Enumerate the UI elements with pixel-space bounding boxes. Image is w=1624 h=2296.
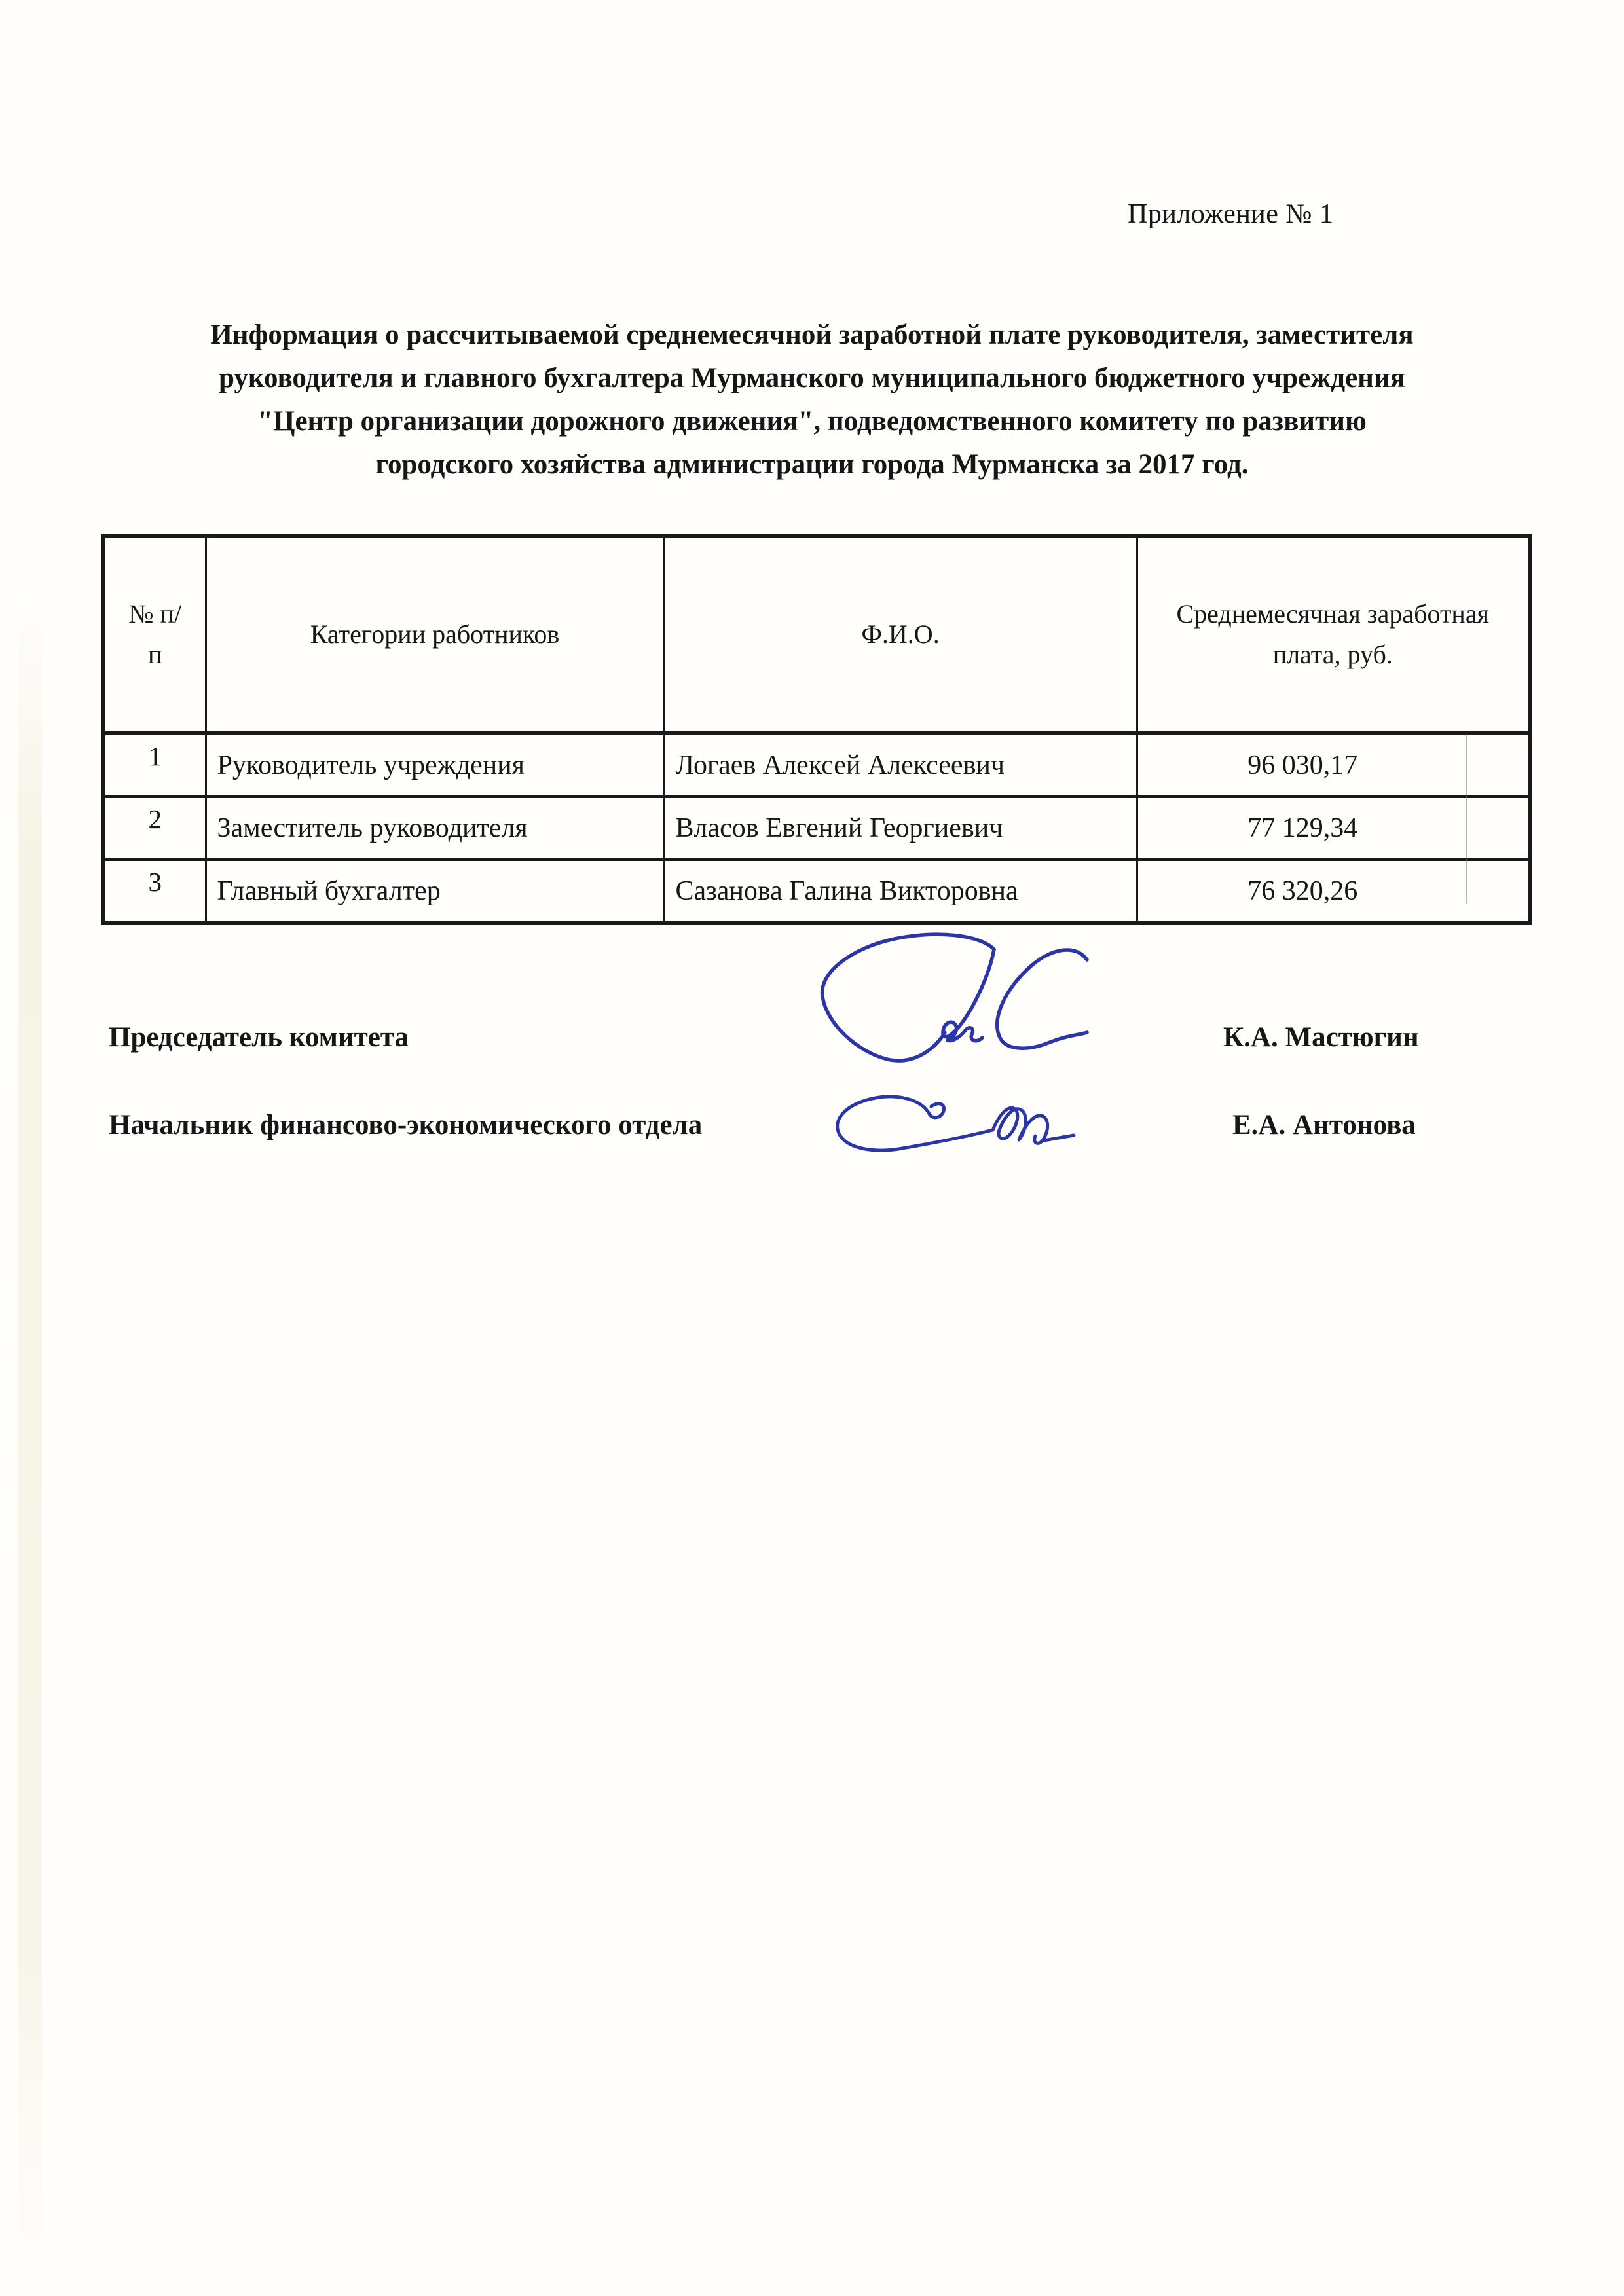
signature-antonova bbox=[819, 1067, 1133, 1198]
cell-fio: Логаев Алексей Алексеевич bbox=[664, 733, 1137, 797]
title-line-1: Информация о рассчитываемой среднемесячн… bbox=[0, 314, 1624, 357]
header-cell-num: № п/п bbox=[103, 536, 206, 733]
signatory-position-1: Председатель комитета bbox=[109, 1021, 409, 1053]
table-row: 2 Заместитель руководителя Власов Евгени… bbox=[103, 797, 1530, 860]
scanned-document-page: Приложение № 1 Информация о рассчитываем… bbox=[0, 0, 1624, 2296]
header-cell-category: Категории работников bbox=[206, 536, 664, 733]
cell-category: Главный бухгалтер bbox=[206, 860, 664, 923]
signatory-position-2: Начальник финансово-экономического отдел… bbox=[109, 1109, 702, 1141]
cell-fio: Власов Евгений Георгиевич bbox=[664, 797, 1137, 860]
title-line-3: "Центр организации дорожного движения", … bbox=[0, 400, 1624, 443]
cell-category: Заместитель руководителя bbox=[206, 797, 664, 860]
cell-num: 3 bbox=[103, 860, 206, 923]
cell-num: 1 bbox=[103, 733, 206, 797]
signatory-name-2: Е.А. Антонова bbox=[1232, 1109, 1416, 1141]
header-cell-salary: Среднемесячная заработная плата, руб. bbox=[1137, 536, 1530, 733]
cell-salary: 77 129,34 bbox=[1137, 797, 1530, 860]
table-header-row: № п/п Категории работников Ф.И.О. Средне… bbox=[103, 536, 1530, 733]
signature-mastyugin bbox=[812, 922, 1126, 1072]
document-title: Информация о рассчитываемой среднемесячн… bbox=[0, 314, 1624, 486]
table-row: 1 Руководитель учреждения Логаев Алексей… bbox=[103, 733, 1530, 797]
cell-num: 2 bbox=[103, 797, 206, 860]
cell-salary: 96 030,17 bbox=[1137, 733, 1530, 797]
scan-artifact-stripe bbox=[18, 589, 42, 2296]
cell-fio: Сазанова Галина Викторовна bbox=[664, 860, 1137, 923]
appendix-label: Приложение № 1 bbox=[1128, 198, 1334, 230]
header-cell-fio: Ф.И.О. bbox=[664, 536, 1137, 733]
table-row: 3 Главный бухгалтер Сазанова Галина Викт… bbox=[103, 860, 1530, 923]
cell-category: Руководитель учреждения bbox=[206, 733, 664, 797]
cell-salary: 76 320,26 bbox=[1137, 860, 1530, 923]
salary-table: № п/п Категории работников Ф.И.О. Средне… bbox=[101, 534, 1532, 925]
title-line-2: руководителя и главного бухгалтера Мурма… bbox=[0, 357, 1624, 400]
signatory-name-1: К.А. Мастюгин bbox=[1223, 1021, 1419, 1053]
title-line-4: городского хозяйства администрации город… bbox=[0, 443, 1624, 486]
